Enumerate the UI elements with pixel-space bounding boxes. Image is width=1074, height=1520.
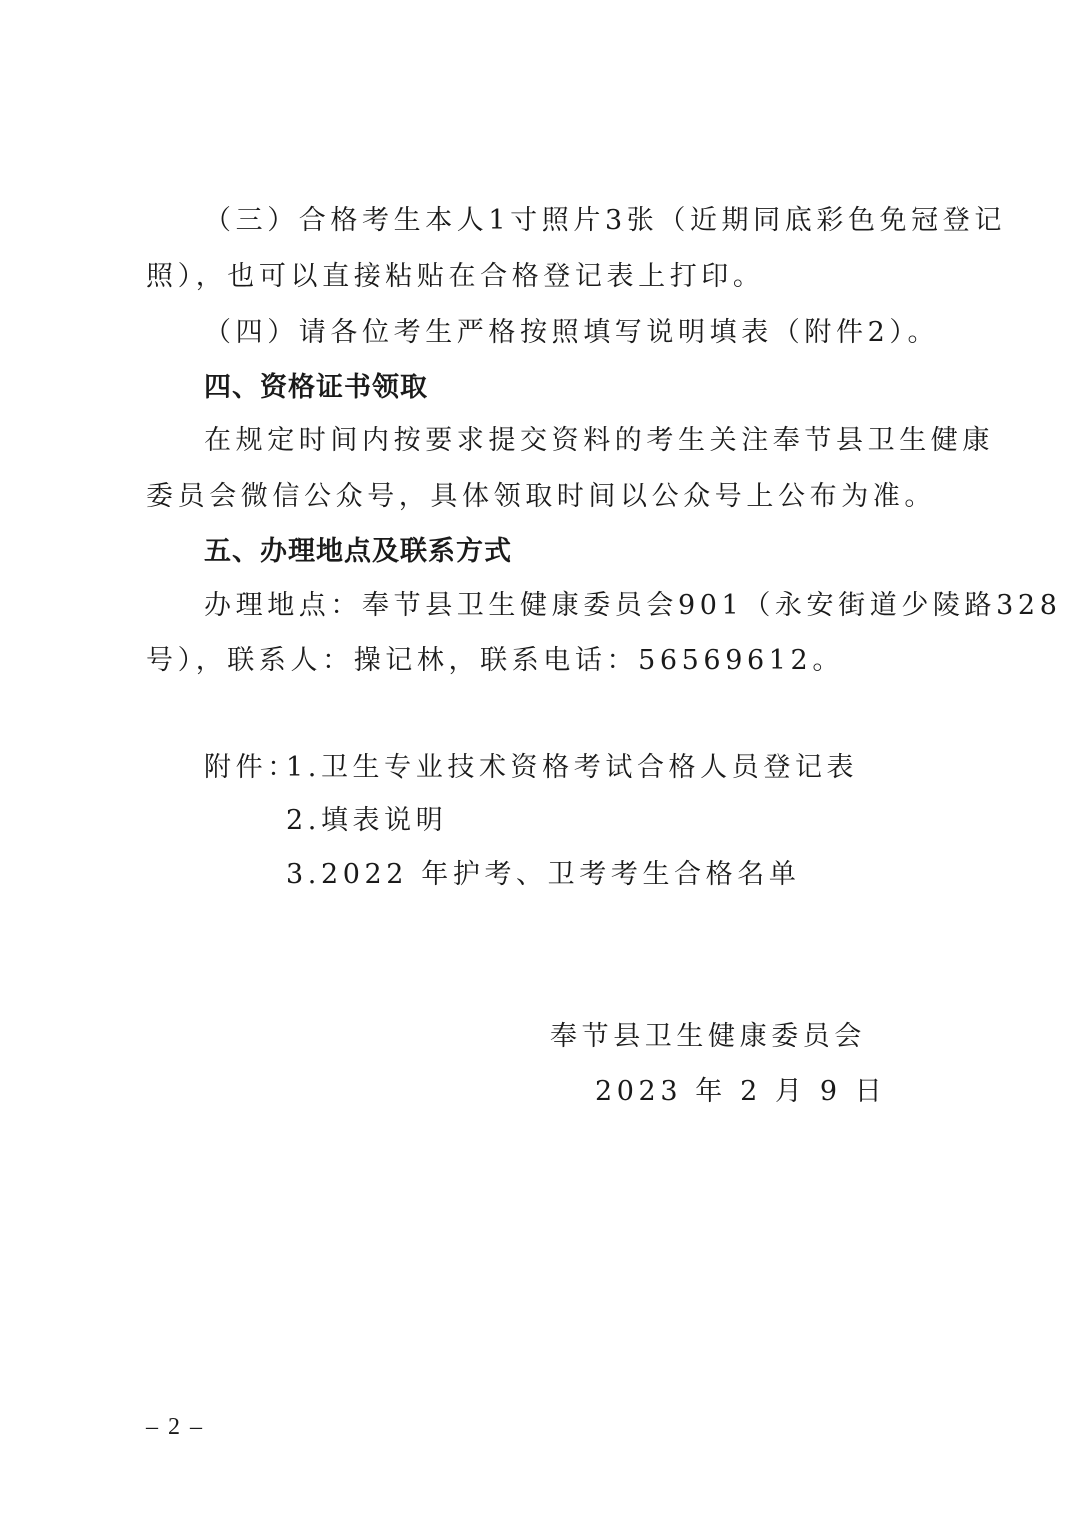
section-5-line-2: 号），联系人：操记林，联系电话：56569612。: [146, 645, 844, 677]
attachment-item-2: 2.填表说明: [286, 805, 447, 837]
attachment-item-3: 3.2022 年护考、卫考考生合格名单: [286, 859, 800, 891]
signature-date: 2023 年 2 月 9 日: [595, 1076, 886, 1108]
section-5-heading: 五、办理地点及联系方式: [204, 536, 512, 568]
section-5-line-1: 办理地点：奉节县卫生健康委员会901（永安街道少陵路328: [204, 590, 1061, 622]
attachments-label: 附件：: [204, 752, 299, 784]
section-4-heading: 四、资格证书领取: [204, 372, 428, 404]
signature-organization: 奉节县卫生健康委员会: [550, 1021, 866, 1053]
item-4: （四）请各位考生严格按照填写说明填表（附件2）。: [204, 317, 939, 349]
item-3-line-2: 照），也可以直接粘贴在合格登记表上打印。: [146, 261, 765, 293]
attachment-item-1: 1.卫生专业技术资格考试合格人员登记表: [286, 752, 858, 784]
page-number: – 2 –: [146, 1414, 204, 1441]
section-4-line-1: 在规定时间内按要求提交资料的考生关注奉节县卫生健康: [204, 425, 994, 457]
item-3-line-1: （三）合格考生本人1寸照片3张（近期同底彩色免冠登记: [204, 205, 1006, 237]
section-4-line-2: 委员会微信公众号，具体领取时间以公众号上公布为准。: [146, 481, 936, 513]
